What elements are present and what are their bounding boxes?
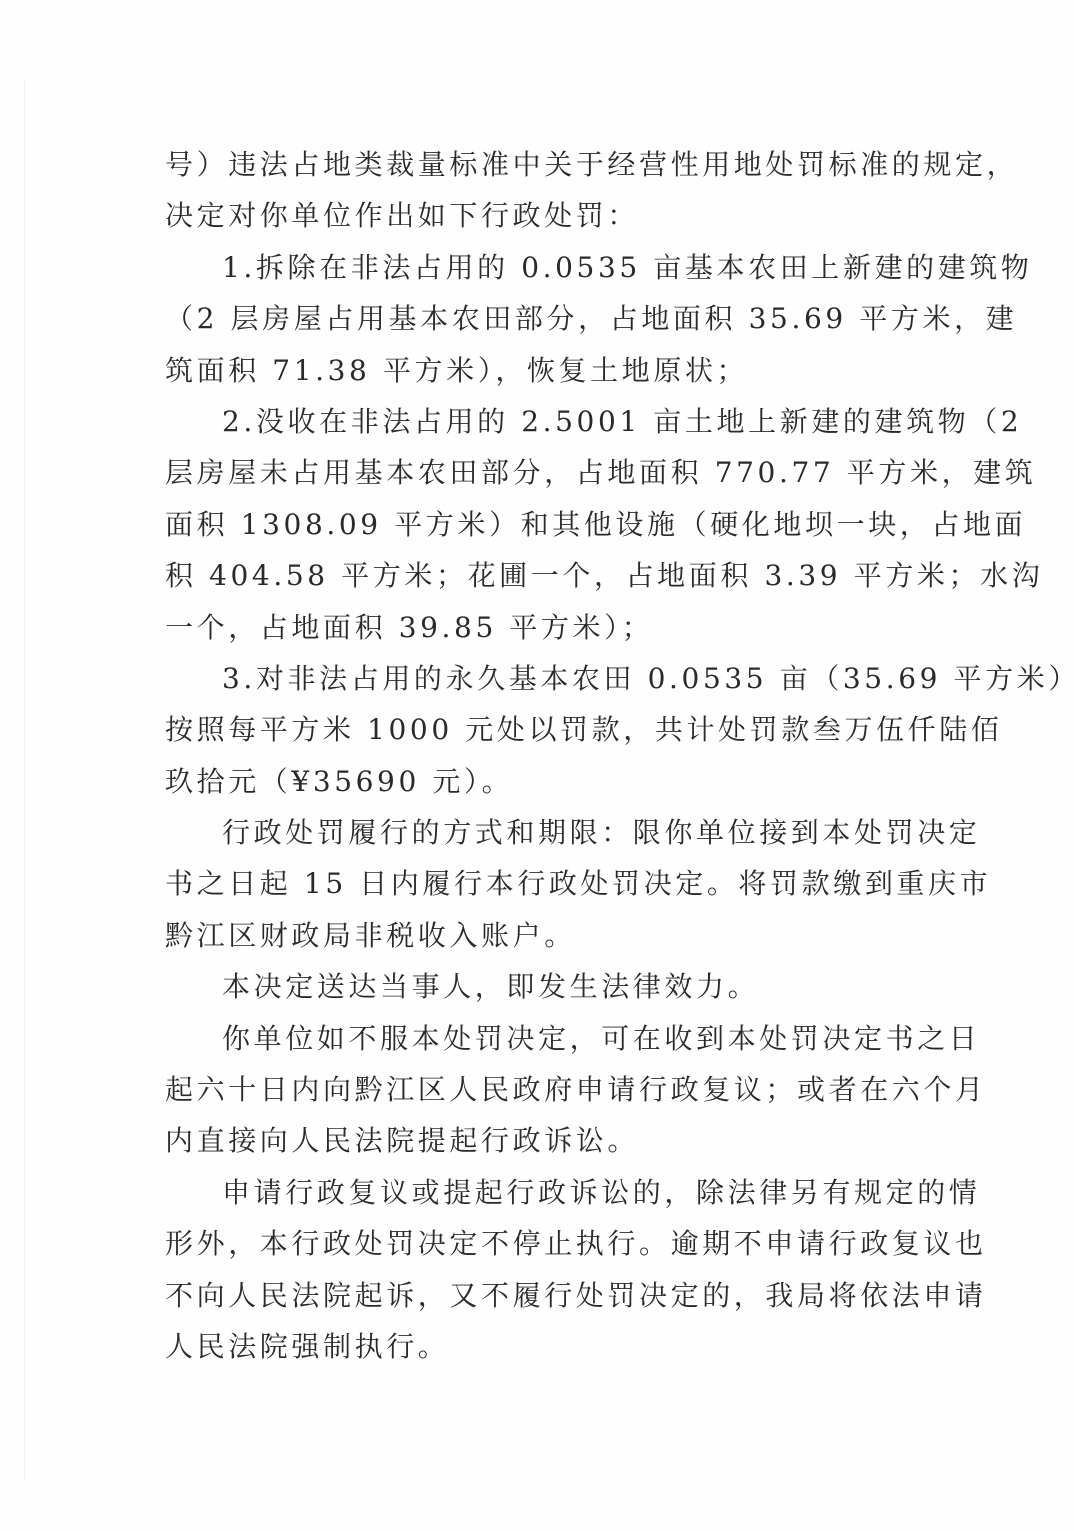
text-line: 积 404.58 平方米；花圃一个，占地面积 3.39 平方米；水沟 — [165, 554, 925, 605]
text-line: 2.没收在非法占用的 2.5001 亩土地上新建的建筑物（2 — [165, 400, 925, 451]
text-line: 起六十日内向黔江区人民政府申请行政复议；或者在六个月 — [165, 1068, 925, 1119]
text-line: （2 层房屋占用基本农田部分，占地面积 35.69 平方米，建 — [165, 297, 925, 348]
text-line: 本决定送达当事人，即发生法律效力。 — [165, 965, 925, 1016]
text-line: 玖拾元（¥35690 元）。 — [165, 760, 925, 811]
text-line: 按照每平方米 1000 元处以罚款，共计处罚款叁万伍仟陆佰 — [165, 708, 925, 759]
paragraph-basis: 号）违法占地类裁量标准中关于经营性用地处罚标准的规定， 决定对你单位作出如下行政… — [165, 143, 925, 246]
text-line: 行政处罚履行的方式和期限：限你单位接到本处罚决定 — [165, 811, 925, 862]
text-line: 一个，占地面积 39.85 平方米）； — [165, 606, 925, 657]
text-line: 1.拆除在非法占用的 0.0535 亩基本农田上新建的建筑物 — [165, 246, 925, 297]
document-body: 号）违法占地类裁量标准中关于经营性用地处罚标准的规定， 决定对你单位作出如下行政… — [165, 143, 925, 1376]
text-line: 内直接向人民法院提起行政诉讼。 — [165, 1119, 925, 1170]
paragraph-penalty-2: 2.没收在非法占用的 2.5001 亩土地上新建的建筑物（2 层房屋未占用基本农… — [165, 400, 925, 657]
text-line: 3.对非法占用的永久基本农田 0.0535 亩（35.69 平方米） — [165, 657, 925, 708]
text-line: 不向人民法院起诉，又不履行处罚决定的，我局将依法申请 — [165, 1274, 925, 1325]
text-line: 人民法院强制执行。 — [165, 1325, 925, 1376]
paragraph-appeal: 你单位如不服本处罚决定，可在收到本处罚决定书之日 起六十日内向黔江区人民政府申请… — [165, 1017, 925, 1171]
text-line: 书之日起 15 日内履行本行政处罚决定。将罚款缴到重庆市 — [165, 862, 925, 913]
text-line: 申请行政复议或提起行政诉讼的，除法律另有规定的情 — [165, 1171, 925, 1222]
text-line: 号）违法占地类裁量标准中关于经营性用地处罚标准的规定， — [165, 143, 925, 194]
paragraph-enforcement: 申请行政复议或提起行政诉讼的，除法律另有规定的情 形外，本行政处罚决定不停止执行… — [165, 1171, 925, 1377]
text-line: 面积 1308.09 平方米）和其他设施（硬化地坝一块，占地面 — [165, 503, 925, 554]
scan-edge-line — [24, 80, 25, 1480]
text-line: 形外，本行政处罚决定不停止执行。逾期不申请行政复议也 — [165, 1222, 925, 1273]
text-line: 层房屋未占用基本农田部分，占地面积 770.77 平方米，建筑 — [165, 451, 925, 502]
text-line: 筑面积 71.38 平方米），恢复土地原状； — [165, 349, 925, 400]
text-line: 你单位如不服本处罚决定，可在收到本处罚决定书之日 — [165, 1017, 925, 1068]
text-line: 黔江区财政局非税收入账户。 — [165, 914, 925, 965]
paragraph-penalty-1: 1.拆除在非法占用的 0.0535 亩基本农田上新建的建筑物 （2 层房屋占用基… — [165, 246, 925, 400]
paragraph-fulfillment: 行政处罚履行的方式和期限：限你单位接到本处罚决定 书之日起 15 日内履行本行政… — [165, 811, 925, 965]
document-page: 号）违法占地类裁量标准中关于经营性用地处罚标准的规定， 决定对你单位作出如下行政… — [0, 0, 1074, 1531]
text-line: 决定对你单位作出如下行政处罚： — [165, 194, 925, 245]
paragraph-effect: 本决定送达当事人，即发生法律效力。 — [165, 965, 925, 1016]
paragraph-penalty-3: 3.对非法占用的永久基本农田 0.0535 亩（35.69 平方米） 按照每平方… — [165, 657, 925, 811]
